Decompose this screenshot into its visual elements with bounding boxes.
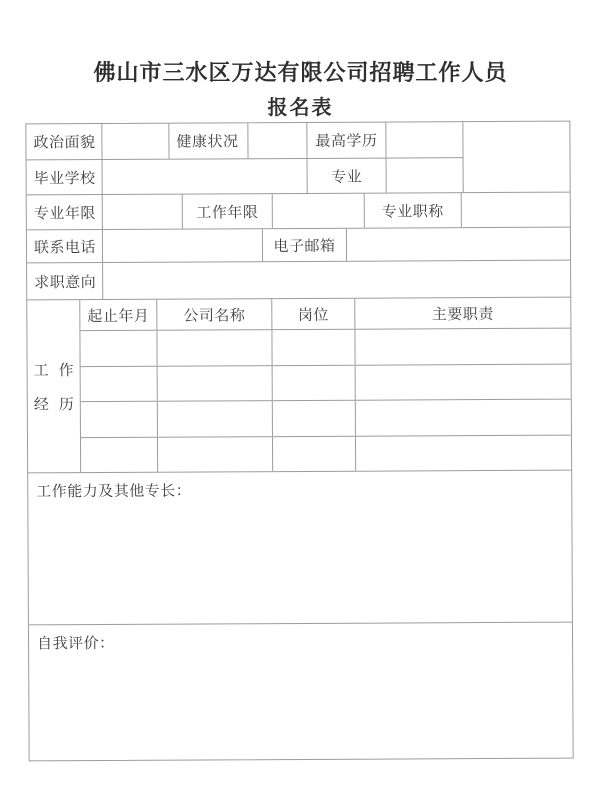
- work-exp-cell: [158, 366, 273, 401]
- political-status-label: 政治面貌: [26, 124, 102, 159]
- row-political-health-education: 政治面貌 健康状况 最高学历: [26, 122, 462, 160]
- header-company-name: 公司名称: [157, 299, 272, 330]
- work-exp-cell: [273, 436, 356, 471]
- row-school-major: 毕业学校 专业: [27, 158, 463, 194]
- graduate-school-value-cell: [103, 159, 308, 194]
- work-experience-section-label: 工作 经历: [27, 300, 81, 472]
- work-experience-row: [81, 435, 571, 472]
- highest-education-label: 最高学历: [307, 123, 386, 158]
- work-exp-cell: [158, 401, 273, 436]
- work-exp-cell: [356, 435, 571, 471]
- self-evaluation-section: 自我评价：: [29, 623, 573, 761]
- contact-phone-label: 联系电话: [27, 230, 103, 262]
- major-value-cell: [387, 158, 463, 192]
- application-form-table: 政治面貌 健康状况 最高学历 毕业学校 专业: [25, 121, 573, 762]
- header-date-range: 起止年月: [80, 300, 157, 330]
- professional-title-value-cell: [462, 193, 570, 228]
- row-phone-email: 联系电话 电子邮箱: [27, 228, 570, 264]
- highest-education-value-cell: [386, 122, 462, 157]
- work-experience-label-line2: 经历: [34, 393, 84, 414]
- political-status-value-cell: [102, 124, 169, 159]
- email-value-cell: [347, 228, 570, 261]
- professional-title-label: 专业职称: [365, 193, 462, 228]
- photo-cell: [462, 122, 569, 193]
- job-intention-value-cell: [103, 261, 570, 299]
- header-main-duties: 主要职责: [355, 298, 570, 329]
- work-exp-cell: [273, 401, 356, 436]
- work-exp-cell: [273, 365, 356, 400]
- work-exp-cell: [272, 330, 355, 365]
- work-exp-cell: [356, 364, 571, 400]
- work-exp-cell: [81, 402, 158, 437]
- work-exp-cell: [157, 330, 272, 365]
- working-years-label: 工作年限: [183, 194, 273, 228]
- row-job-intention: 求职意向: [27, 261, 570, 301]
- work-experience-label-line1: 工作: [34, 359, 84, 380]
- work-experience-row: [81, 364, 571, 402]
- major-label: 专业: [308, 159, 387, 193]
- work-exp-cell: [80, 331, 157, 366]
- document-subtitle: 报名表: [0, 91, 601, 120]
- document-title: 佛山市三水区万达有限公司招聘工作人员: [0, 56, 601, 87]
- job-intention-label: 求职意向: [27, 263, 103, 299]
- work-exp-cell: [81, 437, 158, 472]
- work-experience-row: [80, 329, 570, 367]
- health-status-label: 健康状况: [169, 123, 248, 158]
- application-form-page: 佛山市三水区万达有限公司招聘工作人员 报名表 政治面貌 健康状况 最高学历 毕业…: [0, 0, 601, 801]
- work-experience-section: 工作 经历 起止年月 公司名称 岗位 主要职责: [27, 298, 571, 474]
- header-position: 岗位: [272, 299, 355, 329]
- contact-phone-value-cell: [103, 229, 263, 262]
- row-group-basic-info: 政治面貌 健康状况 最高学历 毕业学校 专业: [26, 122, 569, 196]
- work-exp-cell: [158, 437, 273, 472]
- graduate-school-label: 毕业学校: [27, 160, 103, 194]
- work-exp-cell: [81, 366, 158, 401]
- email-label: 电子邮箱: [263, 229, 347, 261]
- self-evaluation-label: 自我评价：: [37, 636, 115, 652]
- working-years-value-cell: [273, 194, 365, 228]
- work-experience-header-row: 起止年月 公司名称 岗位 主要职责: [80, 298, 570, 332]
- work-ability-label: 工作能力及其他专长：: [36, 484, 191, 501]
- professional-years-value-cell: [103, 195, 183, 229]
- work-experience-row: [81, 400, 571, 438]
- health-status-value-cell: [248, 123, 307, 158]
- work-exp-cell: [356, 400, 571, 436]
- work-ability-section: 工作能力及其他专长：: [28, 471, 572, 626]
- professional-years-label: 专业年限: [27, 195, 103, 229]
- row-years-title: 专业年限 工作年限 专业职称: [27, 193, 570, 231]
- work-exp-cell: [355, 329, 570, 365]
